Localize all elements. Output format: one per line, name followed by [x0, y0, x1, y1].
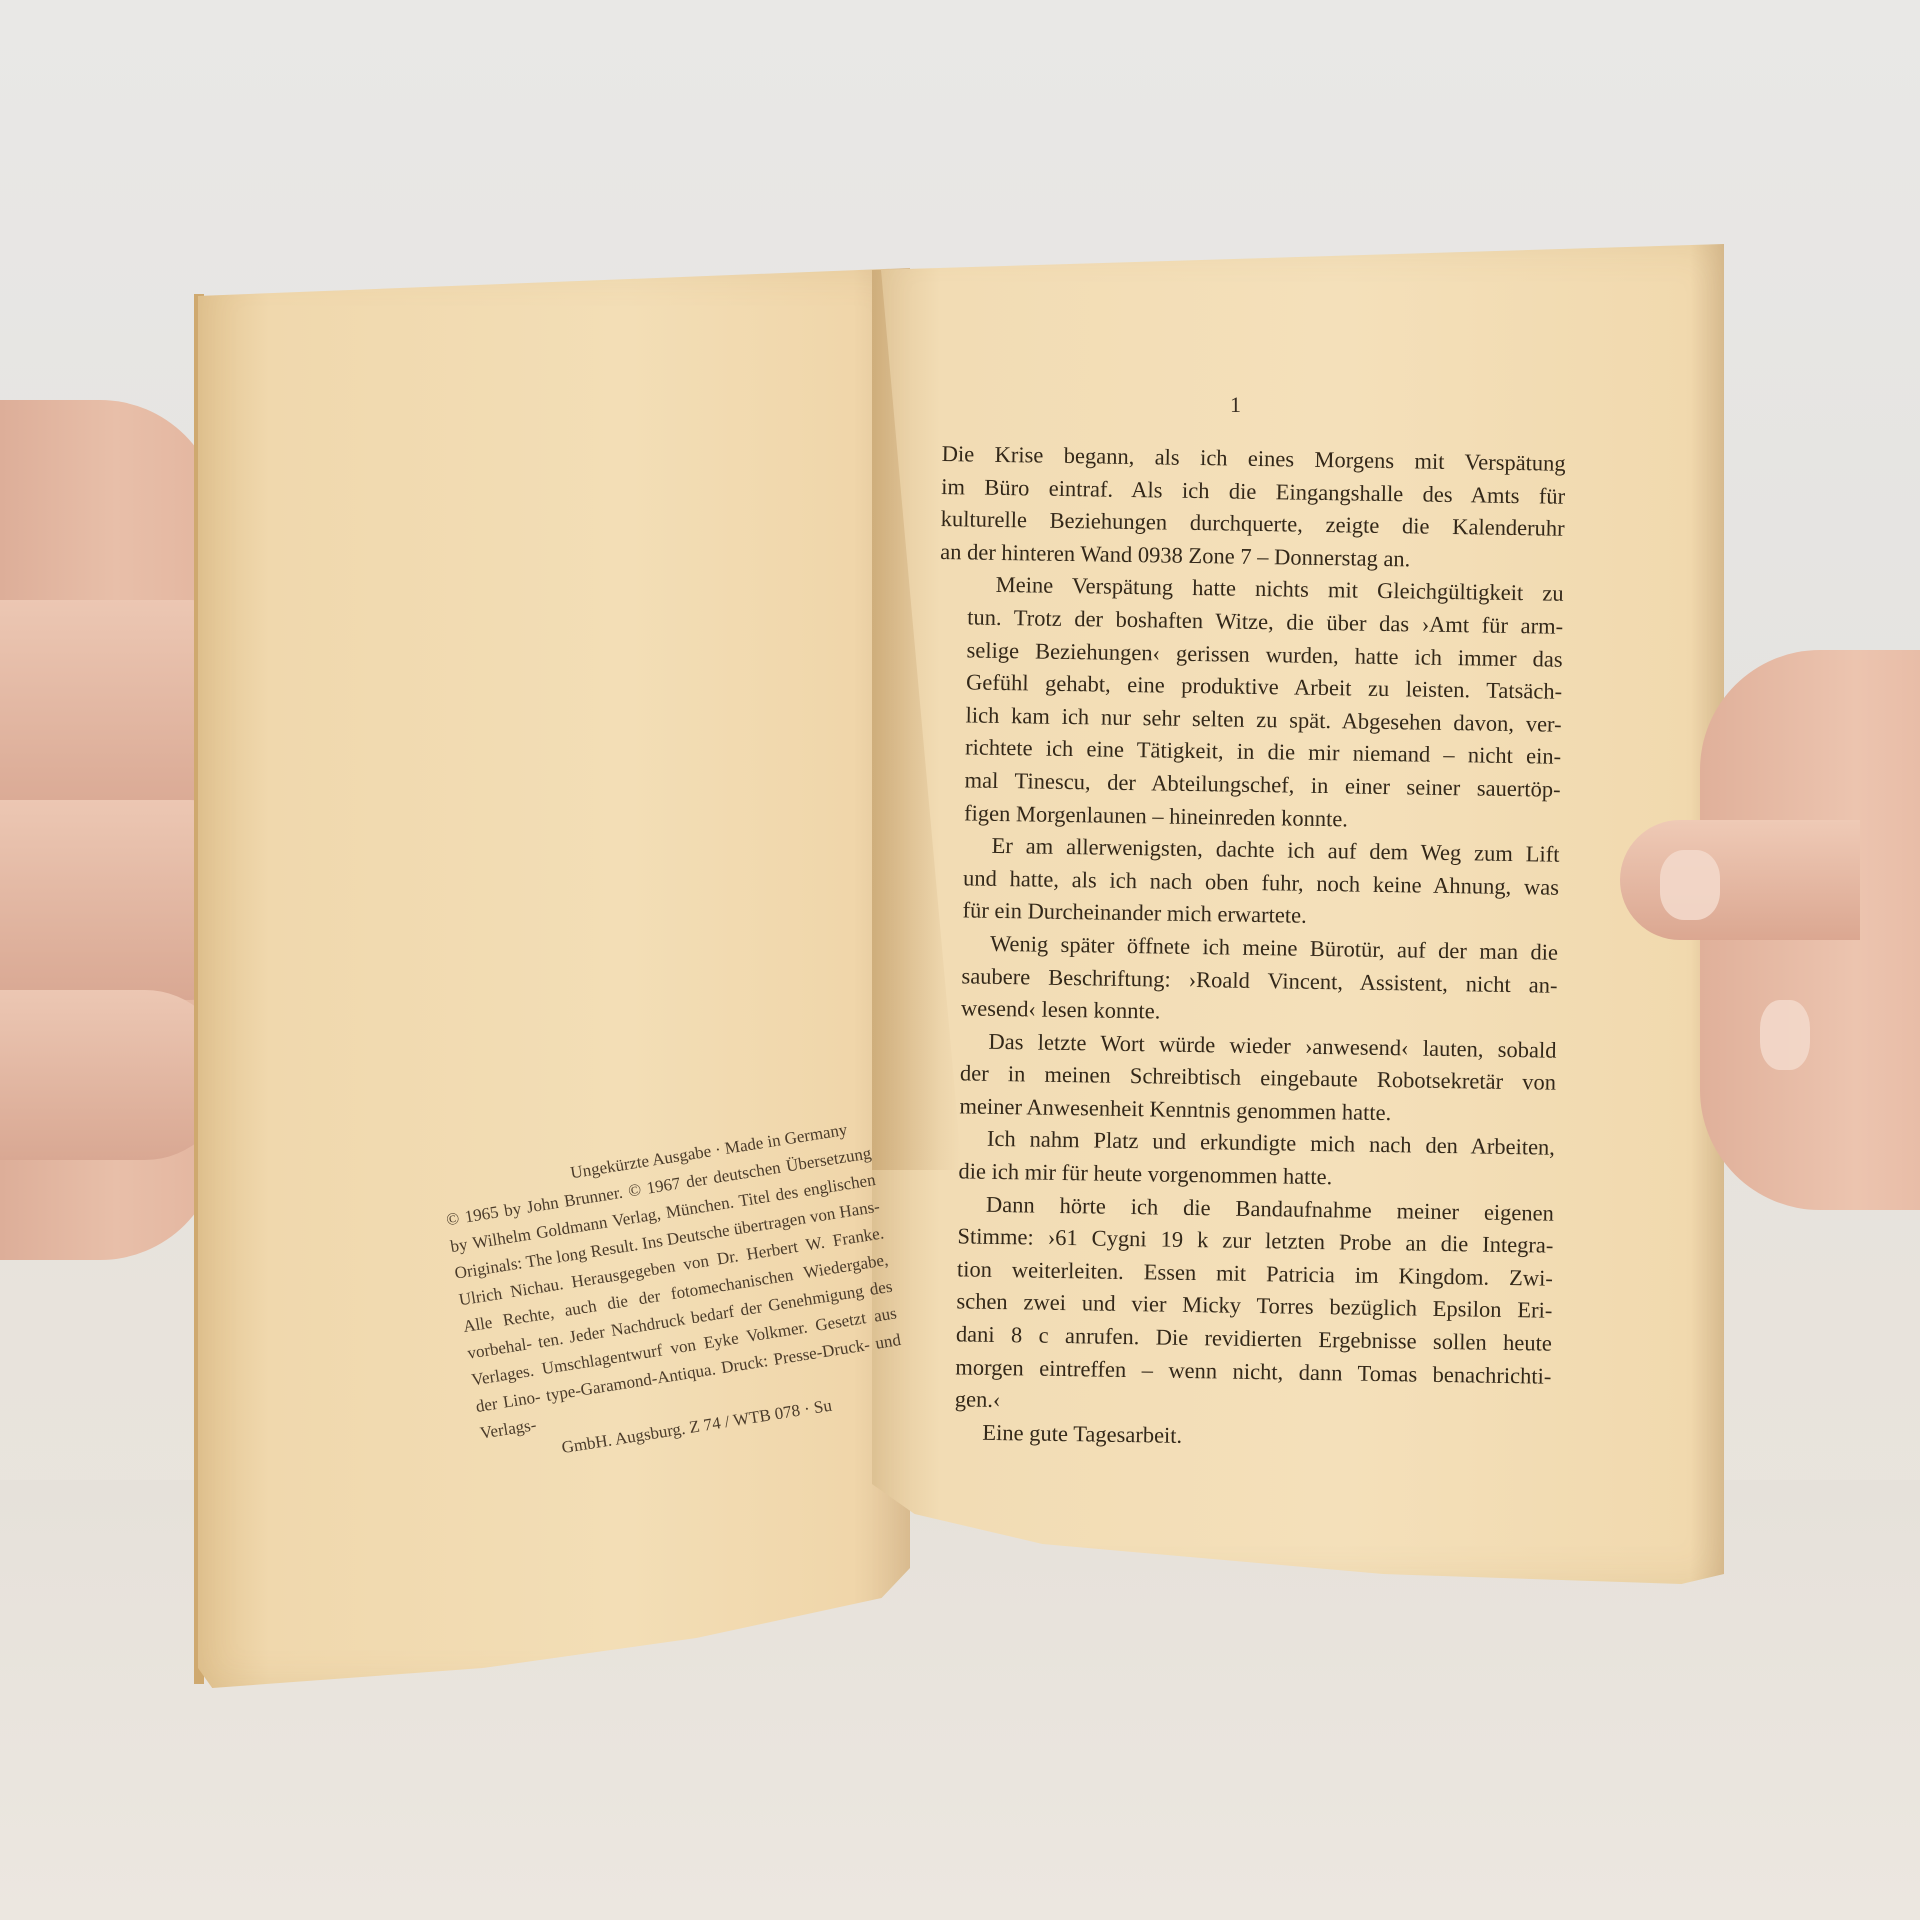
paragraph: Er am allerwenigsten, dachte ich auf dem… — [934, 829, 1559, 937]
thumbnail — [1660, 850, 1720, 920]
paragraph: Ich nahm Platz und erkundigte mich nach … — [930, 1122, 1555, 1197]
chapter-body-text: Die Krise begann, als ich eines Morgens … — [926, 438, 1566, 1458]
paragraph: Dann hörte ich die Bandaufnahme meiner e… — [927, 1188, 1555, 1426]
right-thumb — [1620, 820, 1860, 940]
fingernail — [1760, 1000, 1810, 1070]
chapter-number: 1 — [1230, 392, 1241, 418]
book-left-page — [198, 268, 910, 1688]
paragraph: Die Krise begann, als ich eines Morgens … — [940, 438, 1566, 578]
paragraph: Das letzte Wort würde wieder ›anwesend‹ … — [931, 1025, 1556, 1133]
paragraph: Meine Verspätung hatte nichts mit Gleich… — [936, 568, 1564, 839]
paragraph: Wenig später öffnete ich meine Bürotür, … — [933, 927, 1558, 1035]
